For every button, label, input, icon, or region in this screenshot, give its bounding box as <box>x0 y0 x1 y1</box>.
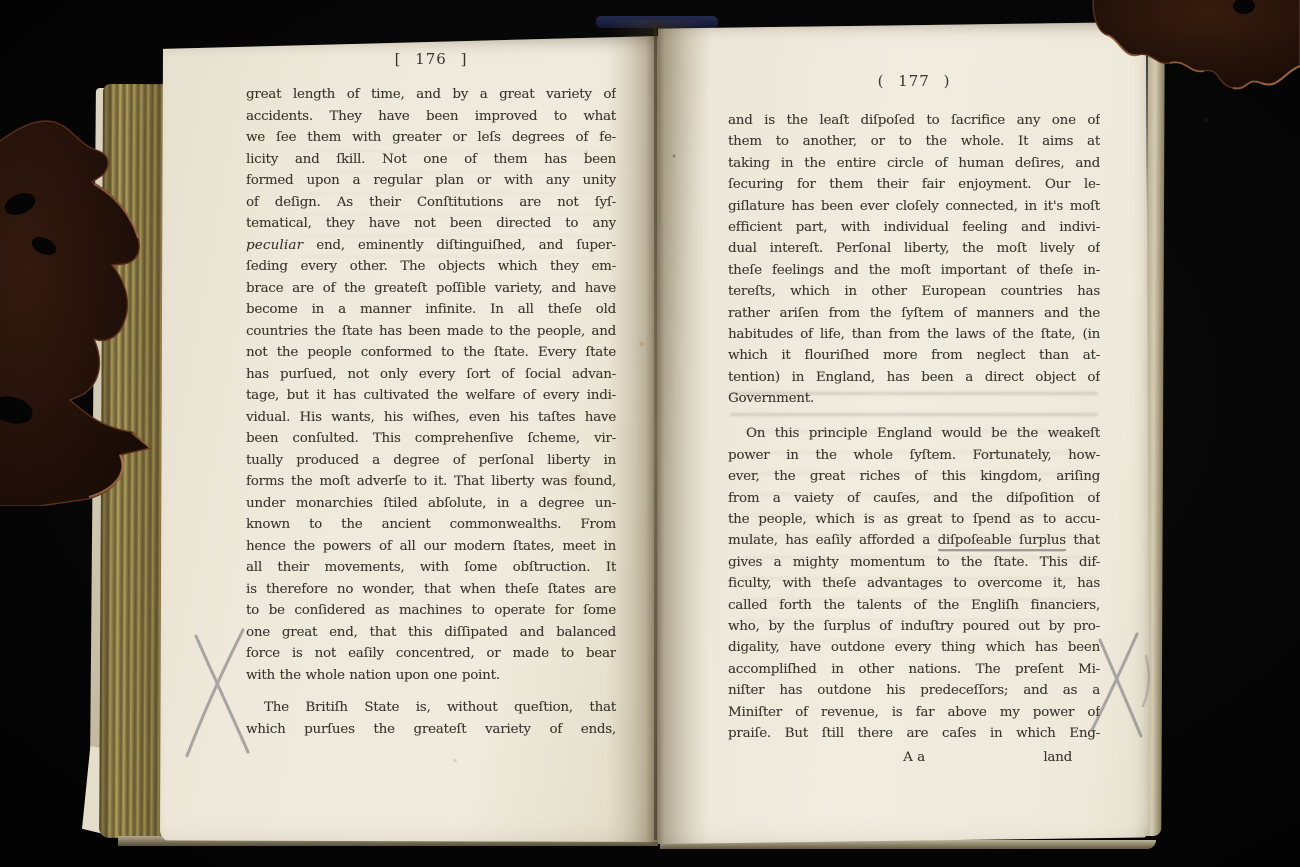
text-line: we ſee them with greater or leſs degrees… <box>246 127 616 149</box>
text-line: efficient part, with individual feeling … <box>728 217 1100 238</box>
text-line: theſe feelings and the moſt important of… <box>728 260 1100 281</box>
text-line: ficulty, with theſe advantages to overco… <box>728 573 1100 594</box>
text-line: all their movements, with ſome obſtructi… <box>246 557 616 579</box>
text-line: giſlature has been ever cloſely connecte… <box>728 196 1100 217</box>
weight-cutout-hole <box>0 392 36 429</box>
pencil-underlined-phrase: diſpoſeable ſurplus <box>938 533 1066 551</box>
text-line: who, by the ſurplus of induſtry poured o… <box>728 616 1100 637</box>
text-line: known to the ancient commonwealths. From <box>246 514 616 536</box>
text-line: tention) in England, has been a direct o… <box>728 367 1100 388</box>
text-line: formed upon a regular plan or with any u… <box>246 170 616 192</box>
text-line: On this principle England would be the w… <box>728 423 1100 444</box>
text-line: accompliſhed in other nations. The preſe… <box>728 659 1100 680</box>
text-line: power in the whole ſyſtem. Fortunately, … <box>728 445 1100 466</box>
text-line: has purſued, not only every ſort of ſoci… <box>246 364 616 386</box>
text-line: licity and ſkill. Not one of them has be… <box>246 149 616 171</box>
left-paragraph-1: great length of time, and by a great var… <box>246 84 616 686</box>
text-line: been conſulted. This comprehenſive ſchem… <box>246 428 616 450</box>
text-line: tually produced a degree of perſonal lib… <box>246 450 616 472</box>
text-line: countries the ſtate has been made to the… <box>246 321 616 343</box>
text-line: and is the leaſt diſpoſed to ſacrifice a… <box>728 110 1100 131</box>
text-line: taking in the entire circle of human deſ… <box>728 153 1100 174</box>
text-line: tage, but it has cultivated the welfare … <box>246 385 616 407</box>
text-line: great length of time, and by a great var… <box>246 84 616 106</box>
text-line: which it flouriſhed more from neglect th… <box>728 345 1100 366</box>
text-line: with the whole nation upon one point. <box>246 665 616 687</box>
left-paragraph-2: The Britiſh State is, without queſtion, … <box>246 697 616 740</box>
text-line: is therefore no wonder, that when theſe … <box>246 579 616 601</box>
text-line: one great end, that this diſſipated and … <box>246 622 616 644</box>
text-line: mulate, has eaſily afforded a diſpoſeabl… <box>728 530 1100 551</box>
text-line: become in a manner infinite. In all theſ… <box>246 299 616 321</box>
weight-cutout-hole <box>1233 0 1255 14</box>
text-line: ever, the great riches of this kingdom, … <box>728 466 1100 487</box>
text-line: vidual. His wants, his wiſhes, even his … <box>246 407 616 429</box>
text-line: called forth the talents of the Engliſh … <box>728 595 1100 616</box>
text-line: force is not eaſily concentred, or made … <box>246 643 616 665</box>
signature-and-catchword-line: A a land <box>728 747 1100 769</box>
text-line: under monarchies ſtiled abſolute, in a d… <box>246 493 616 515</box>
weight-cutout-hole <box>29 233 59 258</box>
text-line: praiſe. But ſtill there are caſes in whi… <box>728 723 1100 744</box>
weight-rim-highlight <box>1261 66 1300 85</box>
text-line: Miniſter of revenue, is far above my pow… <box>728 702 1100 723</box>
text-line: not the people conformed to the ſtate. E… <box>246 342 616 364</box>
right-paragraph-2: On this principle England would be the w… <box>728 423 1100 744</box>
photo-background: [ 176 ] ( 177 ) great length of time, an… <box>0 0 1300 867</box>
text-line: the people, which is as great to ſpend a… <box>728 509 1100 530</box>
text-line: which purſues the greateſt variety of en… <box>246 719 616 741</box>
text-line: dual intereſt. Perſonal liberty, the moſ… <box>728 238 1100 259</box>
text-line: tereſts, which in other European countri… <box>728 281 1100 302</box>
right-paragraph-1: and is the leaſt diſpoſed to ſacrifice a… <box>728 110 1100 409</box>
text-line: The Britiſh State is, without queſtion, … <box>246 697 616 719</box>
text-line: digality, have outdone every thing which… <box>728 637 1100 658</box>
text-line: rather ariſen from the ſyſtem of manners… <box>728 303 1100 324</box>
text-line: brace are of the greateſt poſſible varie… <box>246 278 616 300</box>
text-line: Government. <box>728 388 1100 409</box>
catchword: land <box>1043 747 1072 768</box>
text-line: habitudes of life, than from the laws of… <box>728 324 1100 345</box>
text-line: from a vaiety of cauſes, and the diſpoſi… <box>728 488 1100 509</box>
weight-cutout-hole <box>1 189 38 220</box>
ink-speck <box>1203 117 1209 123</box>
page-number-right: ( 177 ) <box>728 72 1100 90</box>
text-line: accidents. They have been improved to wh… <box>246 106 616 128</box>
left-page-text: great length of time, and by a great var… <box>246 84 616 740</box>
text-line: ſeding every other. The objects which th… <box>246 256 616 278</box>
text-line: them to another, or to the whole. It aim… <box>728 131 1100 152</box>
right-page-text: and is the leaſt diſpoſed to ſacrifice a… <box>728 110 1100 769</box>
text-line: to be conſidered as machines to operate … <box>246 600 616 622</box>
gilt-fore-edge <box>99 84 167 838</box>
text-line: forms the moſt adverſe to it. That liber… <box>246 471 616 493</box>
text-line: ſecuring for them their fair enjoyment. … <box>728 174 1100 195</box>
text-line: niſter has outdone his predeceſſors; and… <box>728 680 1100 701</box>
text-line: tematical, they have not been directed t… <box>246 213 616 235</box>
binding-headband <box>596 16 718 28</box>
gutter-crease <box>654 24 657 840</box>
page-number-left: [ 176 ] <box>246 50 616 68</box>
text-line: gives a mighty momentum to the ſtate. Th… <box>728 552 1100 573</box>
text-line: hence the powers of all our modern ſtate… <box>246 536 616 558</box>
text-line: of deſign. As their Conſtitutions are no… <box>246 192 616 214</box>
text-line: peculiar end, eminently diſtinguiſhed, a… <box>246 235 616 257</box>
